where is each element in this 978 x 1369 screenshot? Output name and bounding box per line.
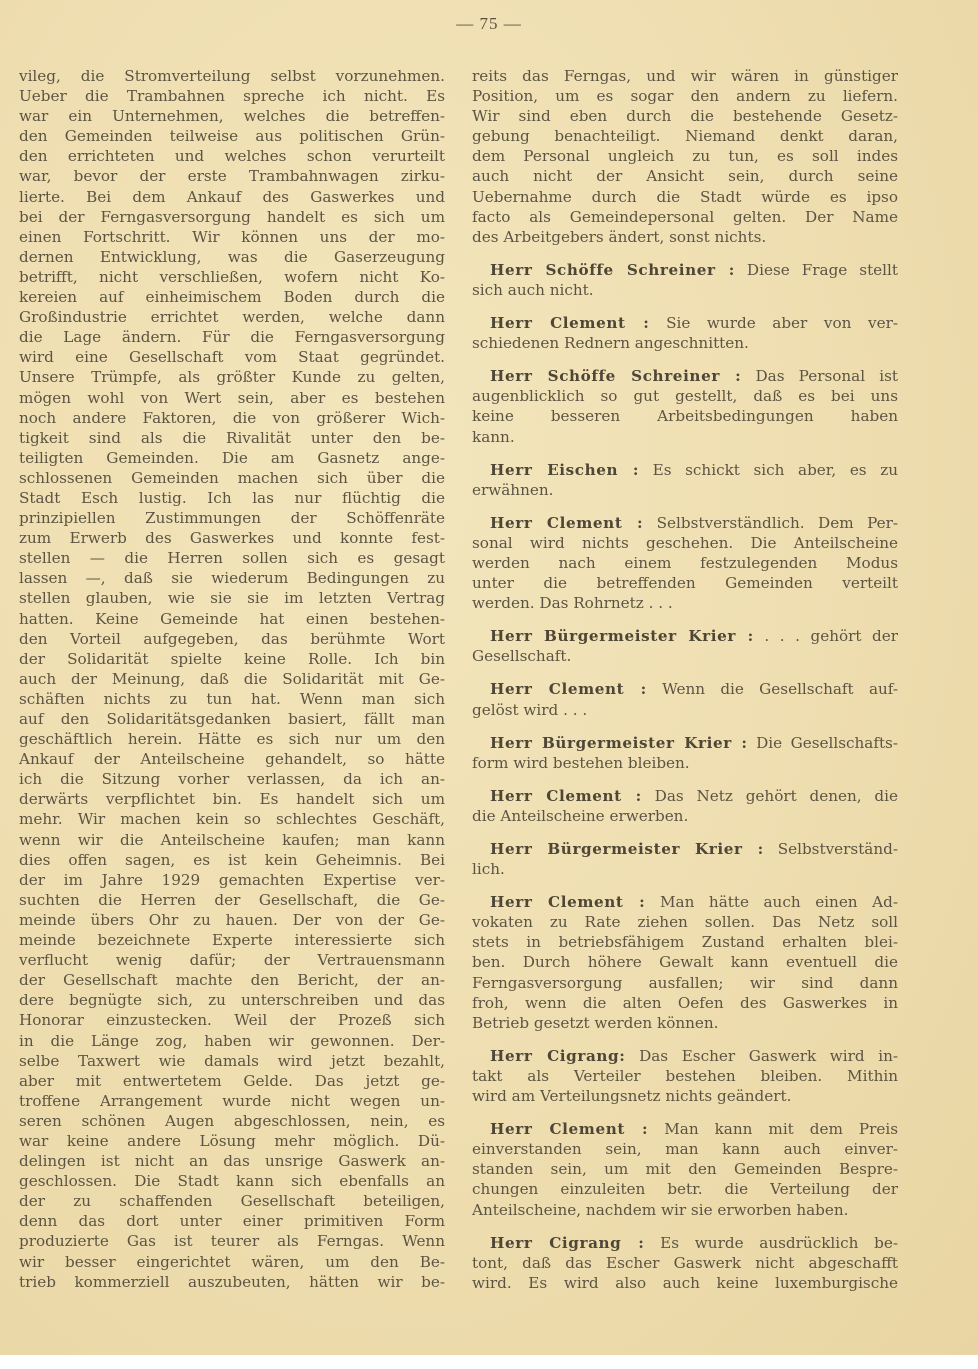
speaker-name: Herr Schöffe Schreiner : xyxy=(490,367,741,385)
speech-text: Selbstverständlich. Dem Per- xyxy=(643,514,898,532)
scanned-page: — 75 — vileg, die Stromverteilung selbst… xyxy=(0,0,978,1355)
text-line: Position, um es sogar den andern zu lief… xyxy=(472,86,898,106)
text-line: hatten. Keine Gemeinde hat einen bestehe… xyxy=(19,609,445,629)
text-line: ben. Durch höhere Gewalt kann eventuell … xyxy=(472,952,898,972)
text-line: noch andere Faktoren, die von größerer W… xyxy=(19,408,445,428)
text-line: form wird bestehen bleiben. xyxy=(472,753,898,773)
text-line: aber mit entwertetem Gelde. Das jetzt ge… xyxy=(19,1071,445,1091)
text-line: chungen einzuleiten betr. die Verteilung… xyxy=(472,1179,898,1199)
speaker-paragraph: Herr Bürgermeister Krier : Selbstverstän… xyxy=(472,839,898,879)
text-line: schlossenen Gemeinden machen sich über d… xyxy=(19,468,445,488)
speaker-name: Herr Bürgermeister Krier : xyxy=(490,840,764,858)
speech-text: Es wurde ausdrücklich be- xyxy=(644,1234,898,1252)
text-line: bei der Ferngasversorgung handelt es sic… xyxy=(19,207,445,227)
text-line: war, bevor der erste Trambahnwagen zirku… xyxy=(19,166,445,186)
text-line: selbe Taxwert wie damals wird jetzt beza… xyxy=(19,1051,445,1071)
text-line: dies offen sagen, es ist kein Geheimnis.… xyxy=(19,850,445,870)
speaker-paragraph: Herr Schöffe Schreiner : Das Personal is… xyxy=(472,366,898,446)
speech-text: Das Netz gehört denen, die xyxy=(642,787,898,805)
text-line: froh, wenn die alten Oefen des Gaswerkes… xyxy=(472,993,898,1013)
text-line: stellen — die Herren sollen sich es gesa… xyxy=(19,548,445,568)
text-line: mögen wohl von Wert sein, aber es besteh… xyxy=(19,388,445,408)
speech-text: Wenn die Gesellschaft auf- xyxy=(647,680,898,698)
text-line: kann. xyxy=(472,427,898,447)
text-line: Herr Cigrang : Es wurde ausdrücklich be- xyxy=(472,1233,898,1253)
text-line: geschlossen. Die Stadt kann sich ebenfal… xyxy=(19,1171,445,1191)
text-line: einen Fortschritt. Wir können uns der mo… xyxy=(19,227,445,247)
text-line: Uebernahme durch die Stadt würde es ipso xyxy=(472,187,898,207)
speaker-name: Herr Clement : xyxy=(490,1120,648,1138)
text-line: dernen Entwicklung, was die Gaserzeugung xyxy=(19,247,445,267)
speaker-paragraph: Herr Clement : Wenn die Gesellschaft auf… xyxy=(472,679,898,719)
speaker-name: Herr Clement : xyxy=(490,787,642,805)
text-line: facto als Gemeindepersonal gelten. Der N… xyxy=(472,207,898,227)
text-line: den Gemeinden teilweise aus politischen … xyxy=(19,126,445,146)
text-line: war ein Unternehmen, welches die betreff… xyxy=(19,106,445,126)
text-line: vileg, die Stromverteilung selbst vorzun… xyxy=(19,66,445,86)
page-number: — 75 — xyxy=(0,14,978,34)
speaker-paragraph: Herr Clement : Man kann mit dem Preisein… xyxy=(472,1119,898,1219)
text-line: ich die Sitzung vorher verlassen, da ich… xyxy=(19,769,445,789)
text-line: augenblicklich so gut gestellt, daß es b… xyxy=(472,386,898,406)
speech-text: . . . gehört der xyxy=(754,627,898,645)
text-line: seren schönen Augen abgeschlossen, nein,… xyxy=(19,1111,445,1131)
speaker-name: Herr Clement : xyxy=(490,514,643,532)
text-line: trieb kommerziell auszubeuten, hätten wi… xyxy=(19,1272,445,1292)
text-line: der zu schaffenden Gesellschaft beteilig… xyxy=(19,1191,445,1211)
text-line: wird am Verteilungsnetz nichts geändert. xyxy=(472,1086,898,1106)
text-line: Herr Bürgermeister Krier : Die Gesellsch… xyxy=(472,733,898,753)
speaker-paragraph: Herr Clement : Das Netz gehört denen, di… xyxy=(472,786,898,826)
text-line: meinde übers Ohr zu hauen. Der von der G… xyxy=(19,910,445,930)
speaker-name: Herr Bürgermeister Krier : xyxy=(490,627,754,645)
text-line: Herr Cigrang: Das Escher Gaswerk wird in… xyxy=(472,1046,898,1066)
text-line: der im Jahre 1929 gemachten Expertise ve… xyxy=(19,870,445,890)
text-line: auch der Meinung, daß die Solidarität mi… xyxy=(19,669,445,689)
text-line: Herr Clement : Das Netz gehört denen, di… xyxy=(472,786,898,806)
text-line: wir besser eingerichtet wären, um den Be… xyxy=(19,1252,445,1272)
speech-text: Selbstverständ- xyxy=(764,840,898,858)
speaker-paragraph: Herr Clement : Man hätte auch einen Ad-v… xyxy=(472,892,898,1033)
text-line: Ueber die Trambahnen spreche ich nicht. … xyxy=(19,86,445,106)
text-line: Herr Bürgermeister Krier : Selbstverstän… xyxy=(472,839,898,859)
text-line: stellen glauben, wie sie sie im letzten … xyxy=(19,588,445,608)
text-line: takt als Verteiler bestehen bleiben. Mit… xyxy=(472,1066,898,1086)
text-line: der Solidarität spielte keine Rolle. Ich… xyxy=(19,649,445,669)
text-line: Wir sind eben durch die bestehende Geset… xyxy=(472,106,898,126)
text-line: des Arbeitgebers ändert, sonst nichts. xyxy=(472,227,898,247)
text-line: produzierte Gas ist teurer als Ferngas. … xyxy=(19,1231,445,1251)
text-line: auch nicht der Ansicht sein, durch seine xyxy=(472,166,898,186)
text-line: standen sein, um mit den Gemeinden Bespr… xyxy=(472,1159,898,1179)
text-line: delingen ist nicht an das unsrige Gaswer… xyxy=(19,1151,445,1171)
speaker-name: Herr Clement : xyxy=(490,314,649,332)
text-line: meinde bezeichnete Experte interessierte… xyxy=(19,930,445,950)
speaker-paragraph: Herr Schöffe Schreiner : Diese Frage ste… xyxy=(472,260,898,300)
text-line: unter die betreffenden Gemeinden verteil… xyxy=(472,573,898,593)
text-line: reits das Ferngas, und wir wären in güns… xyxy=(472,66,898,86)
text-line: auf den Solidaritätsgedanken basiert, fä… xyxy=(19,709,445,729)
text-line: Herr Eischen : Es schickt sich aber, es … xyxy=(472,460,898,480)
text-line: in die Länge zog, haben wir gewonnen. De… xyxy=(19,1031,445,1051)
text-line: keine besseren Arbeitsbedingungen haben xyxy=(472,406,898,426)
speaker-paragraph: Herr Bürgermeister Krier : Die Gesellsch… xyxy=(472,733,898,773)
text-line: Herr Clement : Wenn die Gesellschaft auf… xyxy=(472,679,898,699)
text-line: kereien auf einheimischem Boden durch di… xyxy=(19,287,445,307)
text-line: Honorar einzustecken. Weil der Prozeß si… xyxy=(19,1010,445,1030)
text-line: erwähnen. xyxy=(472,480,898,500)
text-line: wird eine Gesellschaft vom Staat gegründ… xyxy=(19,347,445,367)
text-line: einverstanden sein, man kann auch einver… xyxy=(472,1139,898,1159)
text-line: Großindustrie errichtet werden, welche d… xyxy=(19,307,445,327)
speaker-name: Herr Schöffe Schreiner : xyxy=(490,261,735,279)
speaker-name: Herr Cigrang: xyxy=(490,1047,625,1065)
text-line: betrifft, nicht verschließen, wofern nic… xyxy=(19,267,445,287)
speech-text: Diese Frage stellt xyxy=(735,261,898,279)
speech-text: Man hätte auch einen Ad- xyxy=(645,893,898,911)
text-line: troffene Arrangement wurde nicht wegen u… xyxy=(19,1091,445,1111)
text-line: den errichteten und welches schon verurt… xyxy=(19,146,445,166)
text-line: dem Personal ungleich zu tun, es soll in… xyxy=(472,146,898,166)
text-line: den Vorteil aufgegeben, das berühmte Wor… xyxy=(19,629,445,649)
text-line: die Anteilscheine erwerben. xyxy=(472,806,898,826)
speaker-paragraph: Herr Eischen : Es schickt sich aber, es … xyxy=(472,460,898,500)
speech-text: Man kann mit dem Preis xyxy=(648,1120,898,1138)
text-line: Herr Clement : Man kann mit dem Preis xyxy=(472,1119,898,1139)
text-line: Herr Clement : Sie wurde aber von ver- xyxy=(472,313,898,333)
speaker-paragraph: Herr Clement : Sie wurde aber von ver-sc… xyxy=(472,313,898,353)
speech-text: Sie wurde aber von ver- xyxy=(649,314,898,332)
text-line: Herr Schöffe Schreiner : Diese Frage ste… xyxy=(472,260,898,280)
text-paragraph: reits das Ferngas, und wir wären in güns… xyxy=(472,66,898,247)
text-line: gebung benachteiligt. Niemand denkt dara… xyxy=(472,126,898,146)
text-line: verflucht wenig dafür; der Vertrauensman… xyxy=(19,950,445,970)
text-line: denn das dort unter einer primitiven For… xyxy=(19,1211,445,1231)
text-line: lassen —, daß sie wiederum Bedingungen z… xyxy=(19,568,445,588)
speech-text: Die Gesellschafts- xyxy=(748,734,898,752)
text-line: schäften nichts zu tun hat. Wenn man sic… xyxy=(19,689,445,709)
text-line: Herr Clement : Selbstverständlich. Dem P… xyxy=(472,513,898,533)
text-line: Unsere Trümpfe, als größter Kunde zu gel… xyxy=(19,367,445,387)
text-line: lierte. Bei dem Ankauf des Gaswerkes und xyxy=(19,187,445,207)
text-line: Herr Clement : Man hätte auch einen Ad- xyxy=(472,892,898,912)
text-line: Ferngasversorgung ausfallen; wir sind da… xyxy=(472,973,898,993)
right-column: reits das Ferngas, und wir wären in güns… xyxy=(472,66,898,1293)
text-line: geschäftlich herein. Hätte es sich nur u… xyxy=(19,729,445,749)
text-line: werden. Das Rohrnetz . . . xyxy=(472,593,898,613)
speaker-paragraph: Herr Bürgermeister Krier : . . . gehört … xyxy=(472,626,898,666)
left-column: vileg, die Stromverteilung selbst vorzun… xyxy=(19,66,445,1292)
text-line: zum Erwerb des Gaswerkes und konnte fest… xyxy=(19,528,445,548)
speaker-name: Herr Cigrang : xyxy=(490,1234,644,1252)
speaker-paragraph: Herr Clement : Selbstverständlich. Dem P… xyxy=(472,513,898,613)
text-line: werden nach einem festzulegenden Modus xyxy=(472,553,898,573)
text-line: Stadt Esch lustig. Ich las nur flüchtig … xyxy=(19,488,445,508)
text-line: schiedenen Rednern angeschnitten. xyxy=(472,333,898,353)
text-line: sonal wird nichts geschehen. Die Anteils… xyxy=(472,533,898,553)
text-line: mehr. Wir machen kein so schlechtes Gesc… xyxy=(19,809,445,829)
text-line: derwärts verpflichtet bin. Es handelt si… xyxy=(19,789,445,809)
text-line: prinzipiellen Zustimmungen der Schöffenr… xyxy=(19,508,445,528)
text-line: die Lage ändern. Für die Ferngasversorgu… xyxy=(19,327,445,347)
text-line: Herr Bürgermeister Krier : . . . gehört … xyxy=(472,626,898,646)
text-line: Betrieb gesetzt werden können. xyxy=(472,1013,898,1033)
text-line: Anteilscheine, nachdem wir sie erworben … xyxy=(472,1200,898,1220)
speech-text: Das Personal ist xyxy=(741,367,898,385)
speaker-name: Herr Bürgermeister Krier : xyxy=(490,734,748,752)
speaker-name: Herr Eischen : xyxy=(490,461,639,479)
speaker-name: Herr Clement : xyxy=(490,680,647,698)
text-line: der Gesellschaft machte den Bericht, der… xyxy=(19,970,445,990)
text-line: stets in betriebsfähigem Zustand erhalte… xyxy=(472,932,898,952)
speaker-paragraph: Herr Cigrang : Es wurde ausdrücklich be-… xyxy=(472,1233,898,1293)
text-line: vokaten zu Rate ziehen sollen. Das Netz … xyxy=(472,912,898,932)
text-line: Herr Schöffe Schreiner : Das Personal is… xyxy=(472,366,898,386)
text-line: wird. Es wird also auch keine luxemburgi… xyxy=(472,1273,898,1293)
speech-text: Es schickt sich aber, es zu xyxy=(639,461,898,479)
text-line: suchten die Herren der Gesellschaft, die… xyxy=(19,890,445,910)
text-line: sich auch nicht. xyxy=(472,280,898,300)
speech-text: Das Escher Gaswerk wird in- xyxy=(625,1047,898,1065)
text-line: lich. xyxy=(472,859,898,879)
text-line: teiligten Gemeinden. Die am Gasnetz ange… xyxy=(19,448,445,468)
text-line: tont, daß das Escher Gaswerk nicht abges… xyxy=(472,1253,898,1273)
speaker-paragraph: Herr Cigrang: Das Escher Gaswerk wird in… xyxy=(472,1046,898,1106)
text-line: Gesellschaft. xyxy=(472,646,898,666)
speaker-name: Herr Clement : xyxy=(490,893,645,911)
text-line: wenn wir die Anteilscheine kaufen; man k… xyxy=(19,830,445,850)
text-line: dere begnügte sich, zu unterschreiben un… xyxy=(19,990,445,1010)
text-line: gelöst wird . . . xyxy=(472,700,898,720)
text-line: Ankauf der Anteilscheine gehandelt, so h… xyxy=(19,749,445,769)
text-line: war keine andere Lösung mehr möglich. Dü… xyxy=(19,1131,445,1151)
text-line: tigkeit sind als die Rivalität unter den… xyxy=(19,428,445,448)
